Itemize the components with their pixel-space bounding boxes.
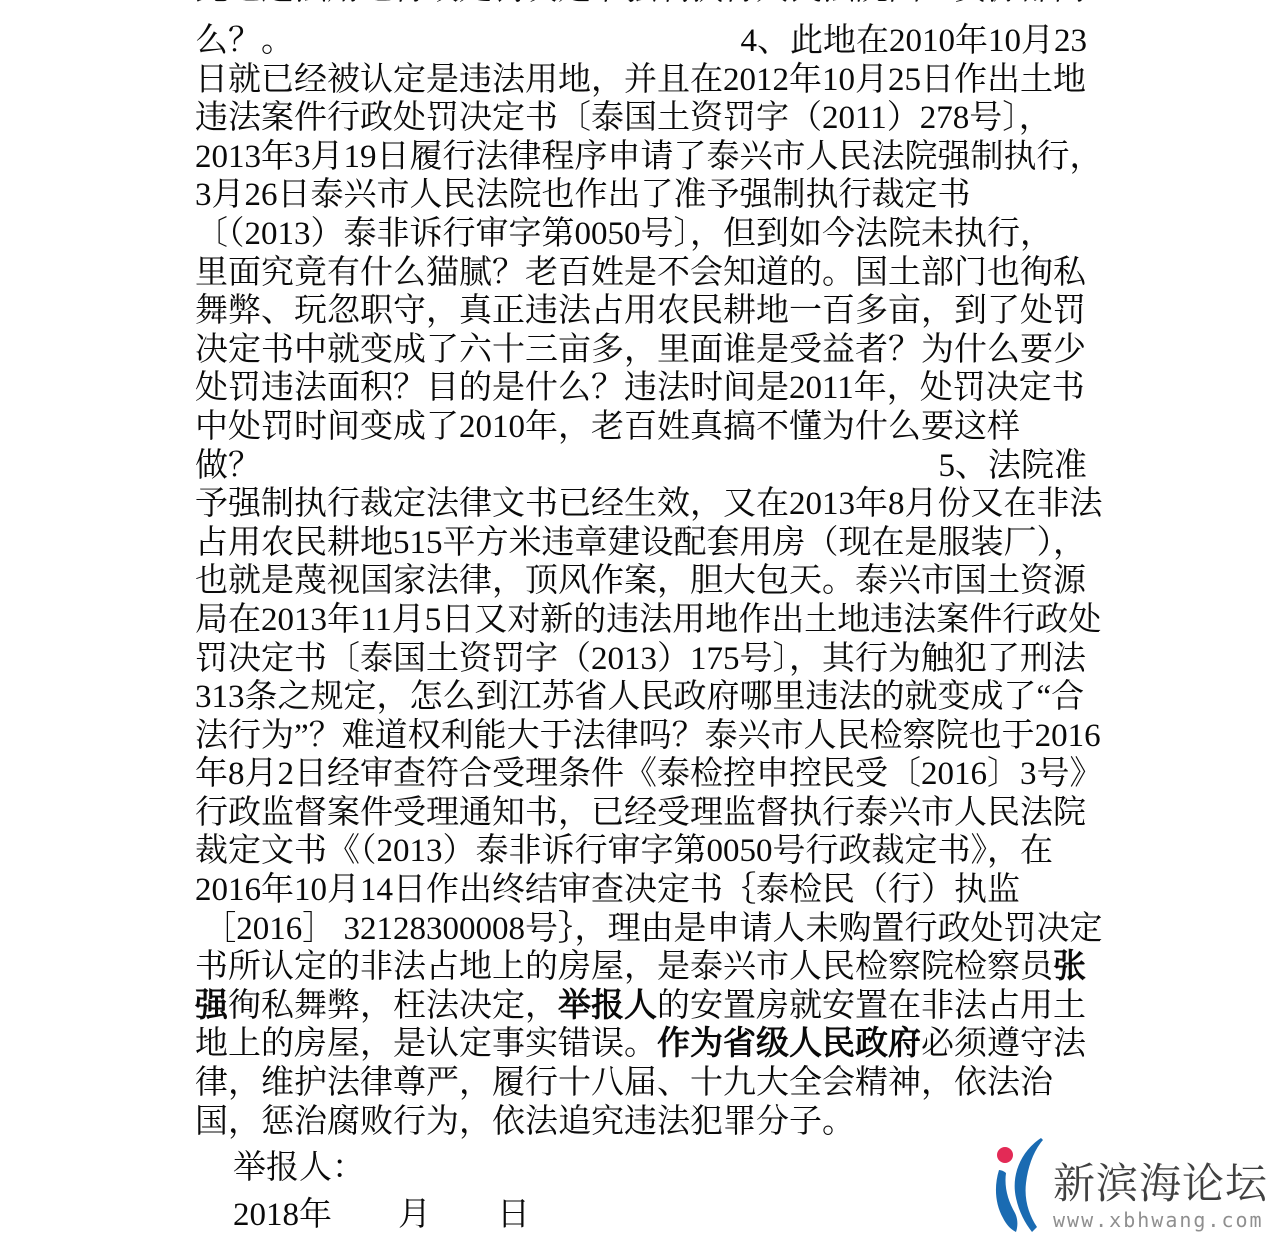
text-line: 做？5、法院准 xyxy=(195,447,1087,486)
text-line: 中处罚时间变成了2010年，老百姓真搞不懂为什么要这样 xyxy=(195,408,1087,447)
text-line: 法行为”？难道权利能大于法律吗？泰兴市人民检察院也于2016 xyxy=(195,717,1087,756)
text-line: 律，维护法律尊严，履行十八届、十九大全会精神，依法治 xyxy=(195,1064,1087,1103)
text-line: 舞弊、玩忽职守，真正违法占用农民耕地一百多亩，到了处罚 xyxy=(195,292,1087,331)
text-line: 也就是蔑视国家法律，顶风作案，胆大包天。泰兴市国土资源 xyxy=(195,562,1087,601)
text-line: 违法案件行政处罚决定书〔泰国土资罚字（2011）278号〕， xyxy=(195,99,1087,138)
text-line: 国，惩治腐败行为，依法追究违法犯罪分子。 xyxy=(195,1103,1087,1142)
text-line: 罚决定书〔泰国土资罚字（2013）175号〕，其行为触犯了刑法 xyxy=(195,640,1087,679)
text-line: 强徇私舞弊，枉法决定，举报人的安置房就安置在非法占用土 xyxy=(195,987,1087,1026)
document-text-block: 此地违法用地行政处罚决定书强制执行人民法院国土资源部门也么？。4、此地在2010… xyxy=(195,0,1087,1234)
text-line: 〔（2013）泰非诉行审字第0050号〕，但到如今法院未执行， xyxy=(195,215,1087,254)
text-line: 么？。4、此地在2010年10月23 xyxy=(195,22,1087,61)
text-line: 日就已经被认定是违法用地，并且在2012年10月25日作出土地 xyxy=(195,61,1087,100)
text-line: 2018年 月 日 xyxy=(233,1196,1087,1235)
site-logo-icon xyxy=(991,1138,1049,1232)
text-line: 裁定文书《（2013）泰非诉行审字第0050号行政裁定书》，在 xyxy=(195,832,1087,871)
text-line: 局在2013年11月5日又对新的违法用地作出土地违法案件行政处 xyxy=(195,601,1087,640)
text-line: 予强制执行裁定法律文书已经生效，又在2013年8月份又在非法 xyxy=(195,485,1087,524)
site-watermark-text: 新滨海论坛 www.xbhwang.com xyxy=(1053,1160,1268,1232)
text-line: 决定书中就变成了六十三亩多，里面谁是受益者？为什么要少 xyxy=(195,331,1087,370)
text-line: ［2016］ 32128300008号｝，理由是申请人未购置行政处罚决定 xyxy=(195,910,1087,949)
text-line: 里面究竟有什么猫腻？老百姓是不会知道的。国土部门也徇私 xyxy=(195,254,1087,293)
text-line: 地上的房屋，是认定事实错误。作为省级人民政府必须遵守法 xyxy=(195,1025,1087,1064)
document-page: 此地违法用地行政处罚决定书强制执行人民法院国土资源部门也么？。4、此地在2010… xyxy=(0,0,1280,1246)
text-line: 书所认定的非法占地上的房屋，是泰兴市人民检察院检察员张 xyxy=(195,948,1087,987)
text-line: 此地违法用地行政处罚决定书强制执行人民法院国土资源部门也 xyxy=(195,0,1087,7)
text-line: 占用农民耕地515平方米违章建设配套用房（现在是服装厂）， xyxy=(195,524,1087,563)
site-name: 新滨海论坛 xyxy=(1053,1160,1268,1208)
text-line: 行政监督案件受理通知书，已经受理监督执行泰兴市人民法院 xyxy=(195,794,1087,833)
text-line: 年8月2日经审查符合受理条件《泰检控申控民受〔2016〕3号》 xyxy=(195,755,1087,794)
text-line: 313条之规定，怎么到江苏省人民政府哪里违法的就变成了“合 xyxy=(195,678,1087,717)
site-url: www.xbhwang.com xyxy=(1053,1208,1264,1232)
site-watermark: 新滨海论坛 www.xbhwang.com xyxy=(991,1138,1268,1232)
text-line: 3月26日泰兴市人民法院也作出了准予强制执行裁定书 xyxy=(195,176,1087,215)
text-line: 举报人： xyxy=(233,1149,1087,1188)
text-line: 2013年3月19日履行法律程序申请了泰兴市人民法院强制执行， xyxy=(195,138,1087,177)
text-line: 2016年10月14日作出终结审查决定书｛泰检民（行）执监 xyxy=(195,871,1087,910)
text-line: 处罚违法面积？目的是什么？违法时间是2011年，处罚决定书 xyxy=(195,369,1087,408)
